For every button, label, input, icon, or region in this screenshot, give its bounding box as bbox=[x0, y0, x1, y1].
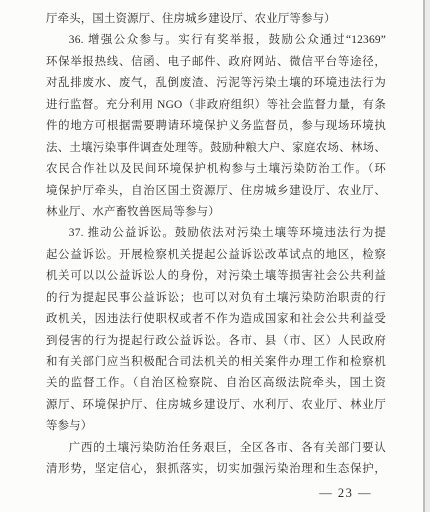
text-line: 的行为提起民事公益诉讼；也可以对负有土壤污染防治职责的行 bbox=[46, 288, 386, 309]
text-line: 清形势，坚定信心，狠抓落实，切实加强污染治理和生态保护， bbox=[46, 459, 386, 480]
text-line: 境保护厅牵头，自治区国土资源厅、住房城乡建设厅、农业厅、 bbox=[46, 181, 386, 202]
text-line: 关的监督工作。（自治区检察院、自治区高级法院牵头，国土资 bbox=[46, 373, 386, 394]
page-footer: — 23 — bbox=[319, 484, 372, 502]
document-page: 厅牵头，国土资源厅、住房城乡建设厅、农业厅等参与）36. 增强公众参与。实行有奖… bbox=[0, 0, 430, 512]
text-line: 36. 增强公众参与。实行有奖举报，鼓励公众通过“12369” bbox=[46, 30, 386, 51]
text-line: 环保举报热线、信函、电子邮件、政府网站、微信平台等途径， bbox=[46, 52, 386, 73]
text-line: 起公益诉讼。开展检察机关提起公益诉讼改革试点的地区，检察 bbox=[46, 245, 386, 266]
text-line: 37. 推动公益诉讼。鼓励依法对污染土壤等环境违法行为提 bbox=[46, 223, 386, 244]
text-line: 进行监督。充分利用 NGO（非政府组织）等社会监督力量，有条 bbox=[46, 95, 386, 116]
text-block: 厅牵头，国土资源厅、住房城乡建设厅、农业厅等参与）36. 增强公众参与。实行有奖… bbox=[46, 9, 386, 481]
text-line: 政机关，因违法行使职权或者不作为造成国家和社会公共利益受 bbox=[46, 309, 386, 330]
page-number: — 23 — bbox=[319, 486, 372, 500]
text-line: 厅牵头，国土资源厅、住房城乡建设厅、农业厅等参与） bbox=[46, 9, 386, 30]
text-line: 法、土壤污染事件调查处理等。鼓励种粮大户、家庭农场、林场、 bbox=[46, 138, 386, 159]
text-line: 林业厅、水产畜牧兽医局等参与） bbox=[46, 202, 386, 223]
text-line: 等参与） bbox=[46, 416, 386, 437]
text-line: 农民合作社以及民间环境保护机构参与土壤污染防治工作。（环 bbox=[46, 159, 386, 180]
text-line: 件的地方可根据需要聘请环境保护义务监督员，参与现场环境执 bbox=[46, 116, 386, 137]
text-line: 源厅、环境保护厅、住房城乡建设厅、水利厅、农业厅、林业厅 bbox=[46, 395, 386, 416]
text-line: 和有关部门应当积极配合司法机关的相关案件办理工作和检察机 bbox=[46, 352, 386, 373]
text-line: 广西的土壤污染防治任务艰巨，全区各市、各有关部门要认 bbox=[46, 438, 386, 459]
text-line: 对乱排废水、废气，乱倒废渣、污泥等污染土壤的环境违法行为 bbox=[46, 73, 386, 94]
text-line: 机关可以以公益诉讼人的身份，对污染土壤等损害社会公共利益 bbox=[46, 266, 386, 287]
text-line: 到侵害的行为提起行政公益诉讼。各市、县（市、区）人民政府 bbox=[46, 331, 386, 352]
scan-edge-shadow bbox=[423, 0, 430, 512]
